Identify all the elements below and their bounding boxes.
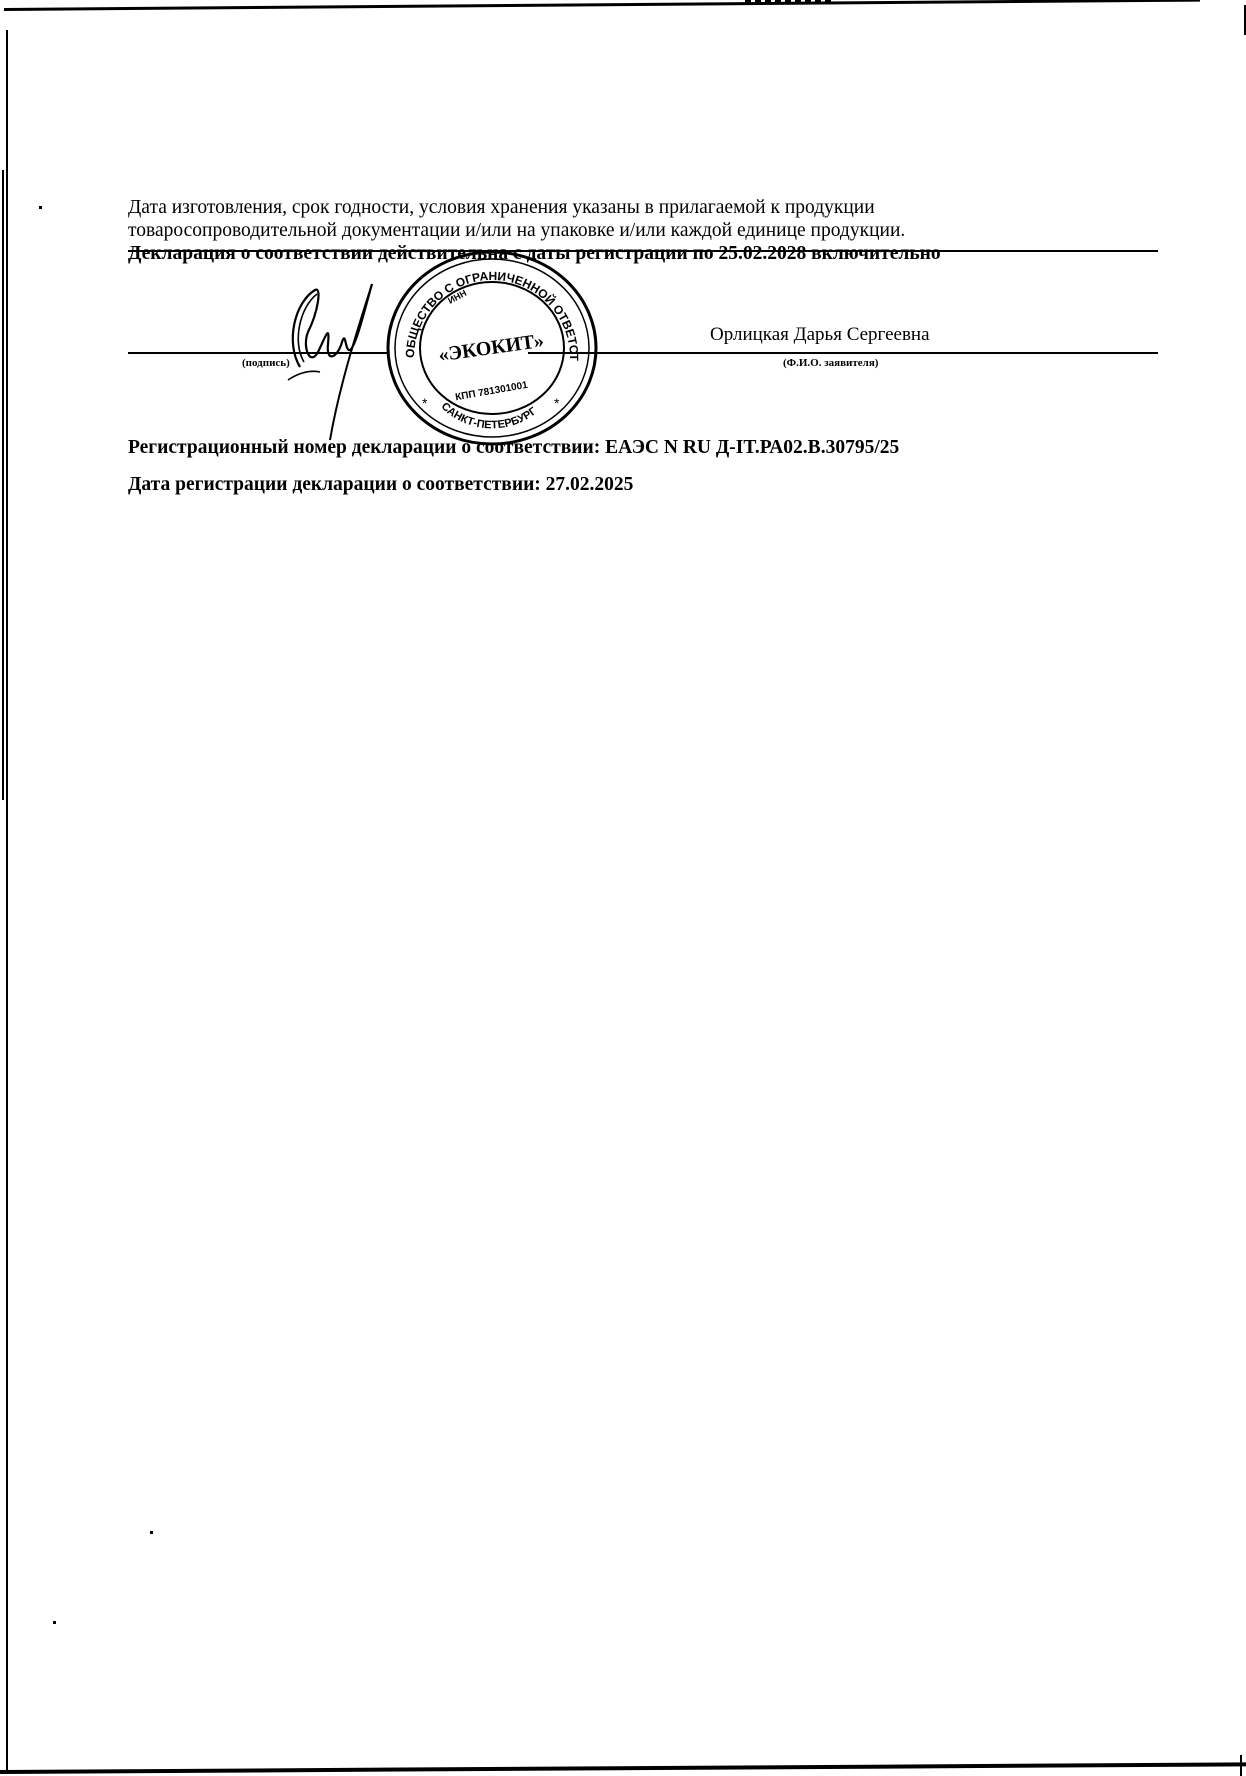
validity-statement: Декларация о соответствии действительна … bbox=[128, 242, 1158, 265]
scan-speck bbox=[150, 1531, 153, 1534]
scan-border-right-bottom bbox=[1240, 1755, 1242, 1776]
handwritten-signature-icon bbox=[280, 272, 380, 442]
document-body: Дата изготовления, срок годности, услови… bbox=[128, 196, 1158, 265]
company-stamp-icon: ОБЩЕСТВО С ОГРАНИЧЕННОЙ ОТВЕТСТВЕННОСТЬЮ… bbox=[384, 248, 600, 448]
scan-top-mark bbox=[745, 0, 835, 3]
applicant-name: Орлицкая Дарья Сергеевна bbox=[710, 324, 930, 346]
scan-border-left bbox=[6, 30, 8, 1770]
scan-speck bbox=[53, 1621, 56, 1624]
scan-speck bbox=[39, 206, 42, 209]
storage-info-line-2: товаросопроводительной документации и/ил… bbox=[128, 219, 1158, 242]
registration-number-value: ЕАЭС N RU Д-IT.РА02.В.30795/25 bbox=[605, 437, 899, 458]
svg-text:*: * bbox=[422, 395, 428, 411]
registration-info: Регистрационный номер декларации о соотв… bbox=[128, 436, 1158, 510]
svg-text:КПП 781301001: КПП 781301001 bbox=[455, 380, 530, 404]
scan-border-top bbox=[4, 0, 1200, 11]
paragraph-underline bbox=[128, 250, 1158, 252]
svg-text:*: * bbox=[554, 395, 560, 411]
registration-date-label: Дата регистрации декларации о соответств… bbox=[128, 474, 541, 495]
svg-text:«ЭКОКИТ»: «ЭКОКИТ» bbox=[437, 330, 545, 367]
registration-number-label: Регистрационный номер декларации о соотв… bbox=[128, 437, 600, 458]
storage-info-line-1: Дата изготовления, срок годности, услови… bbox=[128, 196, 1158, 219]
applicant-name-line bbox=[528, 352, 1158, 354]
scan-border-left-inner bbox=[2, 170, 4, 800]
registration-date-row: Дата регистрации декларации о соответств… bbox=[128, 473, 1158, 496]
applicant-caption: (Ф.И.О. заявителя) bbox=[783, 357, 878, 369]
registration-date-value: 27.02.2025 bbox=[546, 474, 634, 495]
scan-border-bottom bbox=[0, 1762, 1246, 1774]
registration-number-row: Регистрационный номер декларации о соотв… bbox=[128, 436, 1158, 459]
